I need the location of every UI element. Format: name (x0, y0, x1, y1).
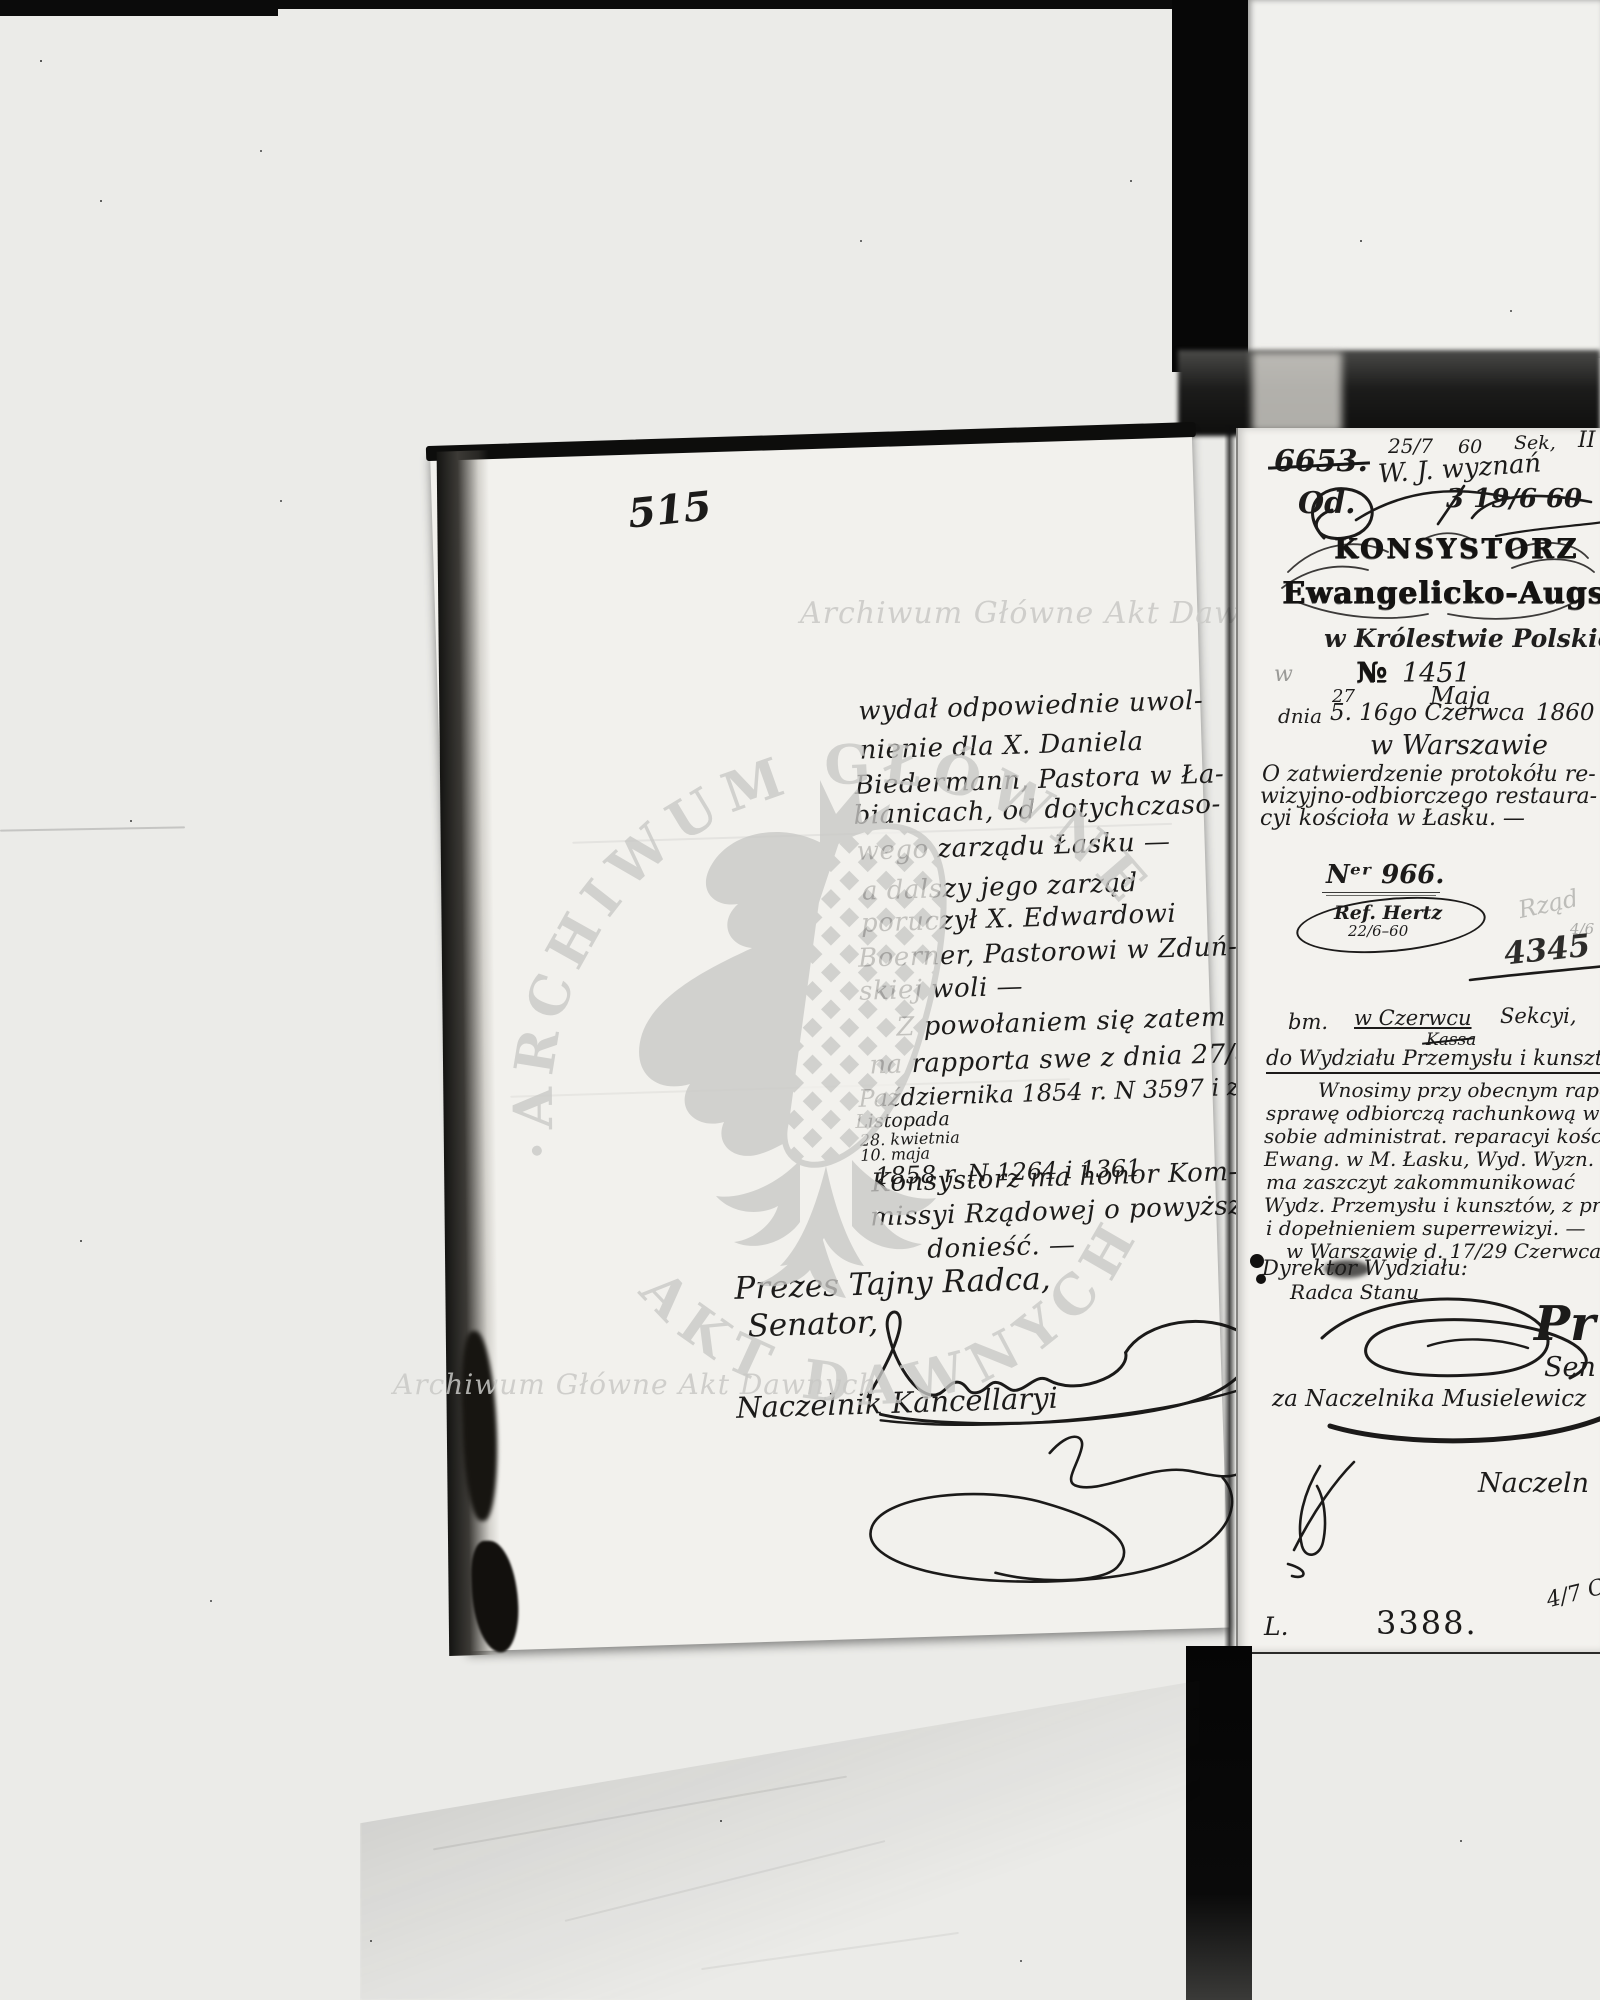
letterhead-realm: w Królestwie Polskiem (1324, 624, 1600, 653)
minute-header-mid: w Czerwcu (1354, 1006, 1472, 1030)
za-naczelnika-line: za Naczelnika Musielewicz (1272, 1386, 1586, 1412)
monogram-signature (1274, 1450, 1374, 1580)
right-document-page: 25/7 60 Sek, II 6653. W. J. wyznań Od. 3… (1236, 428, 1600, 1654)
left-page-top-shadow (426, 422, 1196, 461)
page-block-highlight (1252, 352, 1342, 432)
minute-line: sprawę odbiorczą rachunkową w spo- (1266, 1101, 1600, 1125)
minute-line: ma zaszczyt zakommunikować (1266, 1170, 1575, 1194)
chancery-signature (791, 1419, 1256, 1613)
flourish-digits: 3 19/6 60 (1446, 484, 1582, 514)
number-label: № (1356, 656, 1386, 689)
page-number: 515 (626, 482, 714, 537)
date-main: 5. 16go Czerwca (1330, 700, 1525, 726)
corner-date: 25/7 (1388, 434, 1433, 458)
archive-eagle-watermark: ·ARCHIWUM GŁÓWNE AKT DAWNYCH (500, 660, 1240, 1420)
paper-wrinkle-shadow (360, 1660, 1200, 2000)
naczelnik-word-cut: Naczeln (1478, 1468, 1589, 1499)
minute-line: sobie administrat. reparacyi kościoła (1264, 1124, 1600, 1148)
minute-dyrektor: Dyrektor Wydziału: (1262, 1256, 1468, 1280)
book-gutter-shadow-top (1172, 0, 1254, 372)
paper-crease (0, 826, 185, 831)
number-underline-swoosh (1468, 964, 1600, 984)
subject-line: cyi kościoła w Łasku. — (1260, 806, 1525, 831)
footer-number: 3388. (1376, 1604, 1478, 1642)
referent-name: Ref. Hertz (1334, 902, 1442, 924)
minute-line: Ewang. w M. Łasku, Wyd. Wyzn. (1264, 1147, 1594, 1171)
watermark-text-line: Archiwum Główne Akt Dawnych (393, 1368, 878, 1401)
minute-line: Wydz. Przemysłu i kunsztów, z pro- (1264, 1193, 1600, 1217)
reference-number: Nᵉʳ 966. (1326, 860, 1444, 890)
date-place: w Warszawie (1370, 730, 1548, 761)
underline (1322, 892, 1440, 893)
corner-date-cut: 4/7 Cz (1544, 1572, 1600, 1613)
dust-specks (40, 60, 42, 62)
letterhead-subtitle: Ewangelicko-Augsburski (1282, 576, 1600, 611)
corner-roman: II (1578, 428, 1595, 453)
film-edge-top-left (0, 0, 278, 16)
pencil-note: Rząd (1516, 884, 1581, 924)
minute-addressee: do Wydziału Przemysłu i kunsztów (1266, 1046, 1600, 1074)
date-prefix: dnia (1278, 704, 1322, 728)
page-block-shadow (1178, 350, 1600, 436)
date-year: 1860 r. (1536, 700, 1600, 726)
minute-header-right: Sekcyi, (1500, 1004, 1577, 1028)
eagle-figure (639, 780, 944, 1298)
backing-sheet-top-right (1248, 0, 1600, 358)
archival-scan: 515 wydał odpowiednie uwol- nienie dla X… (0, 0, 1600, 2000)
minute-line: i dopełnieniem superrewizyi. — (1266, 1216, 1585, 1240)
footer-letter: L. (1264, 1612, 1289, 1641)
page-gutter-line (1224, 425, 1236, 1657)
minute-line: Wnosimy przy obecnym raporcie (1318, 1078, 1600, 1102)
senator-word-cut: Sen (1544, 1352, 1596, 1383)
signature-underline-swoosh (1326, 1412, 1600, 1448)
pencil-w-mark: w (1274, 662, 1293, 687)
minute-header-left: bm. (1288, 1010, 1328, 1034)
senator-initial-cut: Pr (1534, 1296, 1595, 1352)
referent-date: 22/6–60 (1348, 922, 1408, 940)
letterhead-title: KONSYSTORZ (1334, 534, 1579, 565)
